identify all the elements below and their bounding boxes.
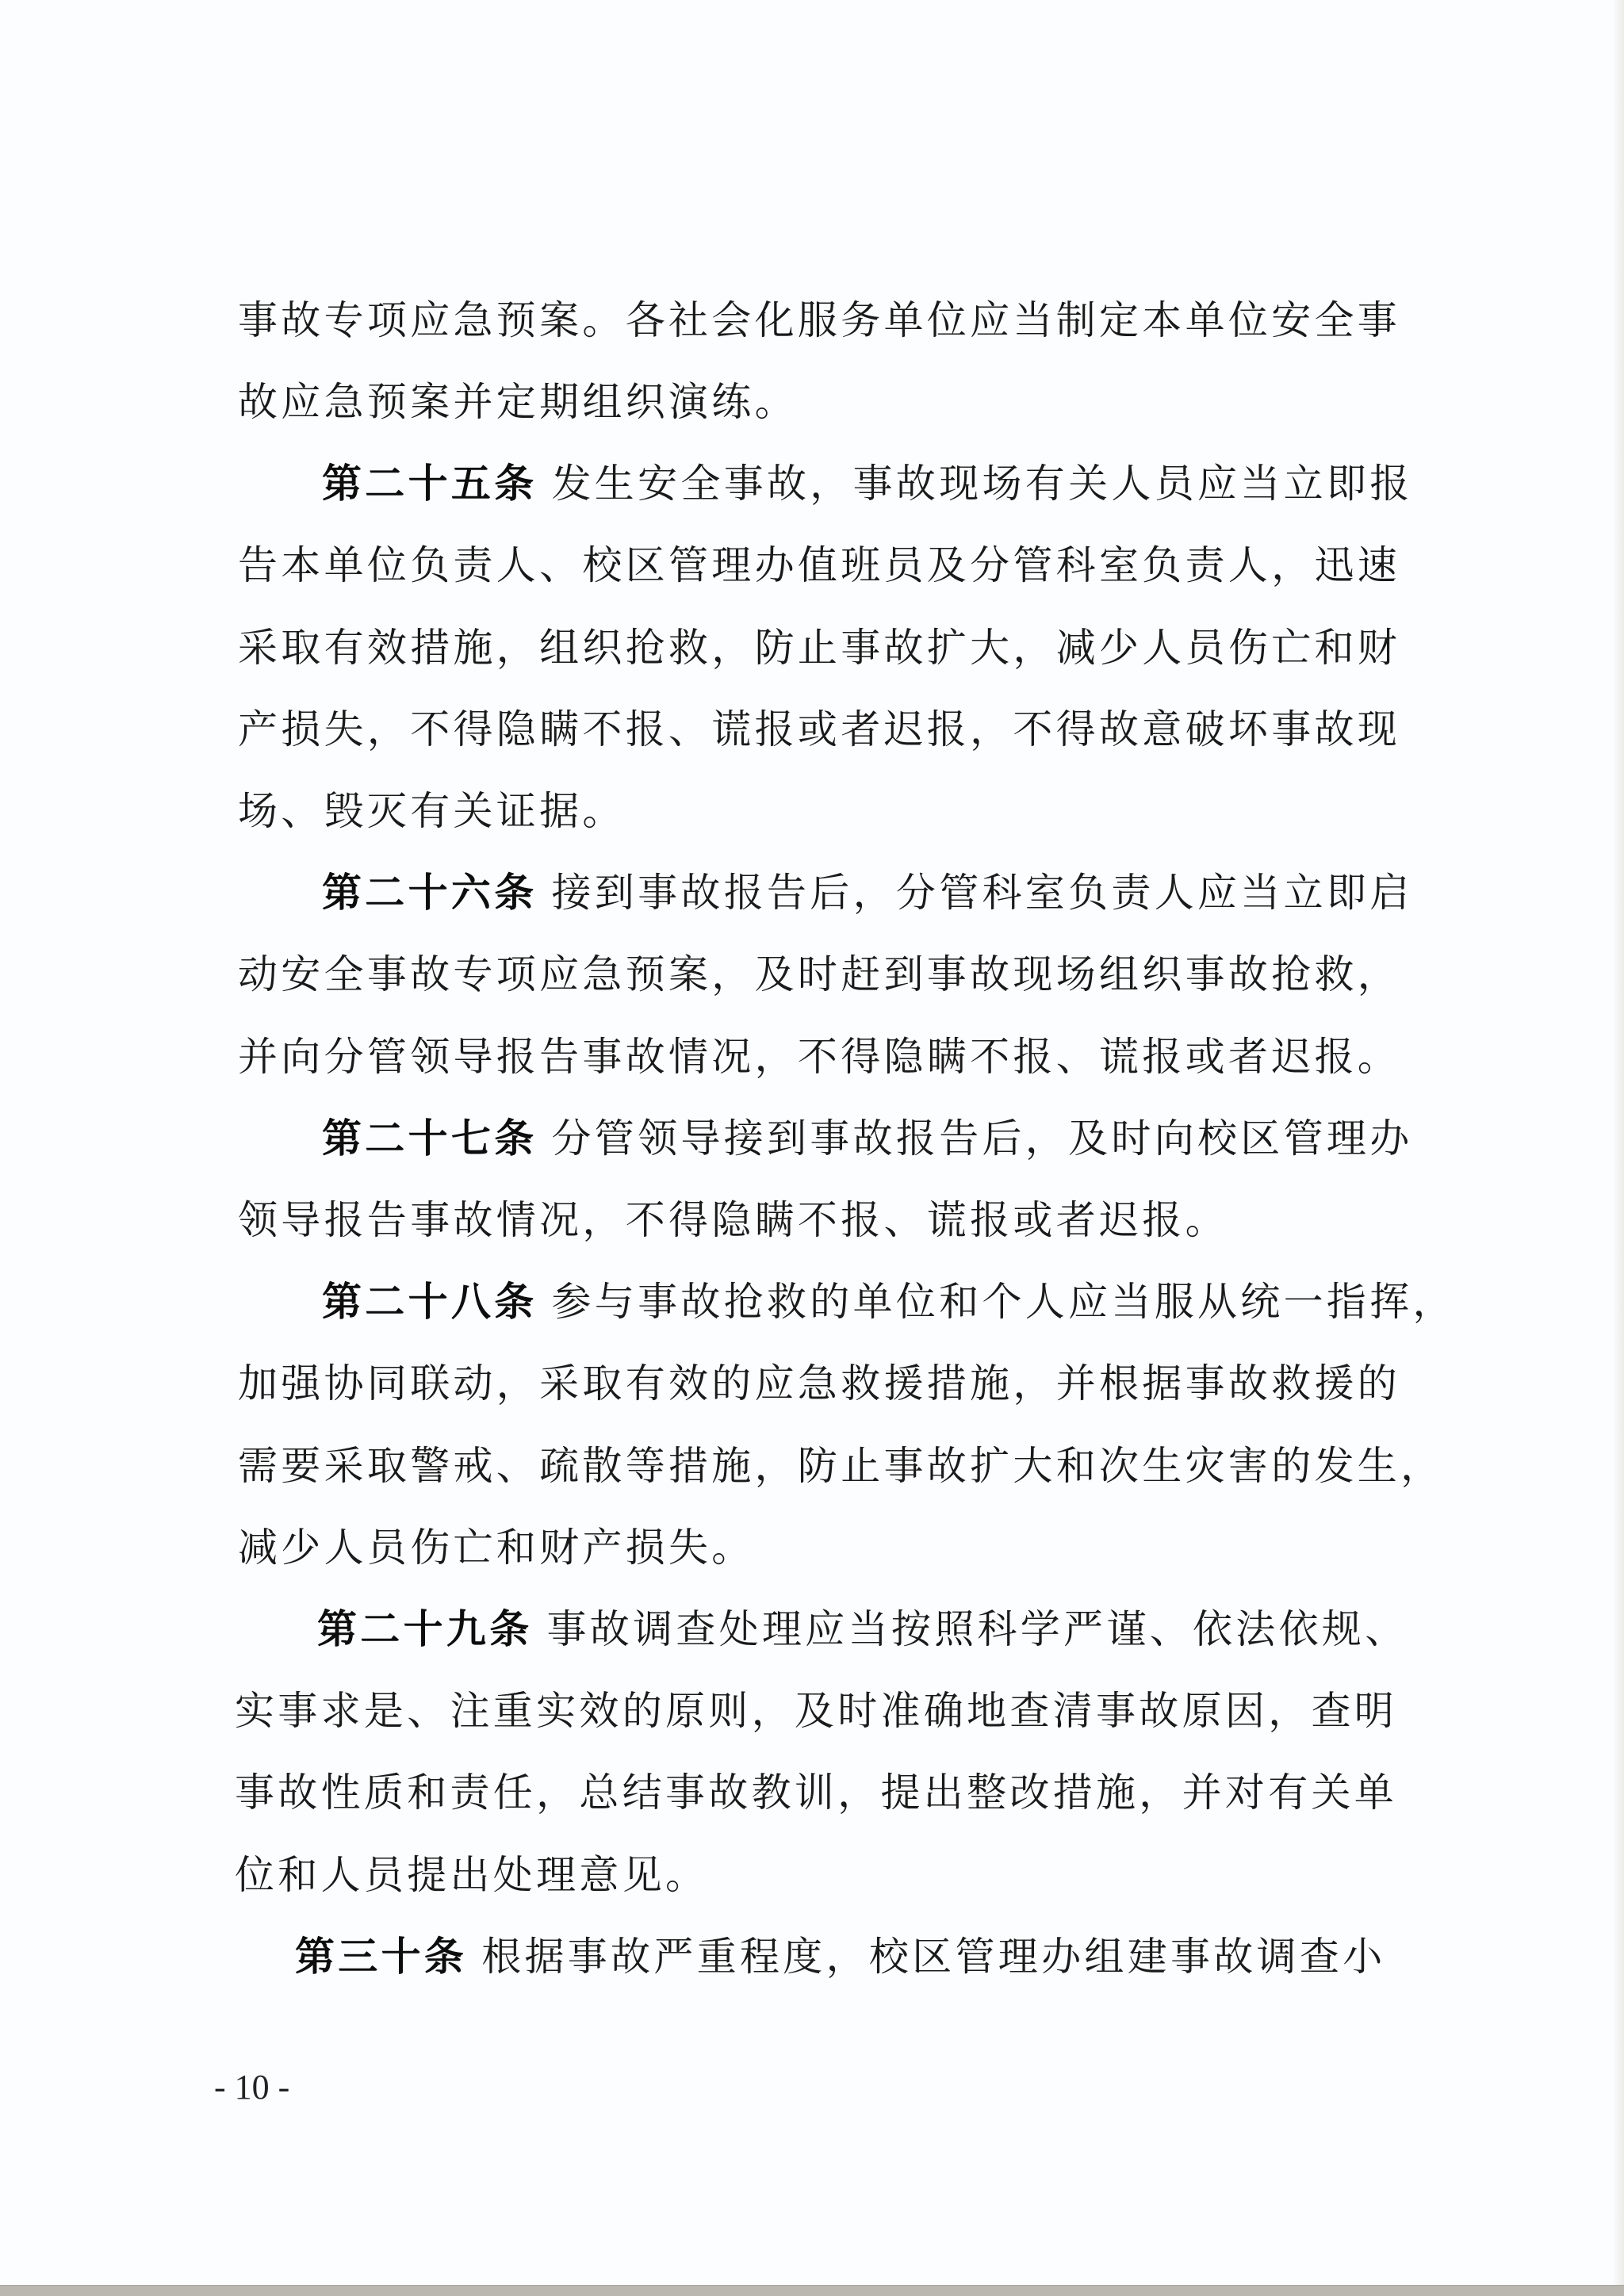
article-28-heading: 第二十八条 [322,1278,538,1325]
document-page: 事故专项应急预案。各社会化服务单位应当制定本单位安全事 故应急预案并定期组织演练… [0,0,1624,2285]
body-line: 采取有效措施，组织抢救，防止事故扩大，减少人员伤亡和财 [238,624,1400,672]
scan-edge-right [1613,0,1624,2285]
body-line: 事故性质和责任，总结事故教训，提出整改措施，并对有关单 [235,1769,1397,1816]
line-text: 接到事故报告后，分管科室负责人应当立即启 [552,870,1413,916]
line-text: 加强协同联动，采取有效的应急救援措施，并根据事故救援的 [238,1360,1400,1406]
line-text: 事故专项应急预案。各社会化服务单位应当制定本单位安全事 [238,297,1400,343]
scan-bottom-edge [0,2285,1624,2296]
line-text: 场、毁灭有关证据。 [238,788,626,834]
body-line: 实事求是、注重实效的原则，及时准确地查清事故原因，查明 [235,1687,1397,1735]
body-line: 场、毁灭有关证据。 [238,787,626,835]
body-line: 减少人员伤亡和财产损失。 [238,1524,755,1571]
body-line: 事故专项应急预案。各社会化服务单位应当制定本单位安全事 [238,297,1400,344]
line-text: 减少人员伤亡和财产损失。 [238,1525,755,1571]
body-line: 产损失，不得隐瞒不报、谎报或者迟报，不得故意破坏事故现 [238,706,1400,753]
article-25-first-line: 第二十五条发生安全事故，事故现场有关人员应当立即报 [322,460,1413,507]
body-line: 动安全事故专项应急预案，及时赶到事故现场组织事故抢救， [238,951,1400,998]
article-26-heading: 第二十六条 [322,869,538,916]
line-text: 事故调查处理应当按照科学严谨、依法依规、 [547,1606,1408,1652]
body-line: 需要采取警戒、疏散等措施，防止事故扩大和次生灾害的发生， [238,1442,1443,1490]
article-29-heading: 第二十九条 [317,1605,533,1652]
line-text: 位和人员提出处理意见。 [235,1852,708,1898]
article-26-first-line: 第二十六条接到事故报告后，分管科室负责人应当立即启 [322,869,1413,916]
line-text: 参与事故抢救的单位和个人应当服从统一指挥， [552,1279,1456,1325]
line-text: 并向分管领导报告事故情况，不得隐瞒不报、谎报或者迟报。 [238,1034,1400,1080]
line-text: 领导报告事故情况，不得隐瞒不报、谎报或者迟报。 [238,1197,1228,1243]
article-25-heading: 第二十五条 [322,460,538,507]
line-text: 根据事故严重程度，校区管理办组建事故调查小 [481,1934,1385,1980]
body-line: 领导报告事故情况，不得隐瞒不报、谎报或者迟报。 [238,1196,1228,1244]
line-text: 实事求是、注重实效的原则，及时准确地查清事故原因，查明 [235,1688,1397,1734]
body-line: 加强协同联动，采取有效的应急救援措施，并根据事故救援的 [238,1360,1400,1407]
article-27-first-line: 第二十七条分管领导接到事故报告后，及时向校区管理办 [322,1115,1413,1162]
line-text: 事故性质和责任，总结事故教训，提出整改措施，并对有关单 [235,1770,1397,1816]
body-line: 告本单位负责人、校区管理办值班员及分管科室负责人，迅速 [238,541,1400,589]
article-30-first-line: 第三十条根据事故严重程度，校区管理办组建事故调查小 [295,1933,1386,1980]
line-text: 产损失，不得隐瞒不报、谎报或者迟报，不得故意破坏事故现 [238,706,1400,752]
line-text: 分管领导接到事故报告后，及时向校区管理办 [552,1115,1413,1161]
line-text: 发生安全事故，事故现场有关人员应当立即报 [552,461,1413,507]
page-number: - 10 - [214,2068,289,2107]
line-text: 动安全事故专项应急预案，及时赶到事故现场组织事故抢救， [238,951,1400,997]
article-29-first-line: 第二十九条事故调查处理应当按照科学严谨、依法依规、 [317,1605,1408,1653]
line-text: 故应急预案并定期组织演练。 [238,379,798,425]
line-text: 告本单位负责人、校区管理办值班员及分管科室负责人，迅速 [238,542,1400,588]
article-27-heading: 第二十七条 [322,1115,538,1161]
line-text: 采取有效措施，组织抢救，防止事故扩大，减少人员伤亡和财 [238,625,1400,671]
article-30-heading: 第三十条 [295,1933,467,1980]
line-text: 需要采取警戒、疏散等措施，防止事故扩大和次生灾害的发生， [238,1443,1443,1489]
article-28-first-line: 第二十八条参与事故抢救的单位和个人应当服从统一指挥， [322,1278,1456,1326]
body-line: 位和人员提出处理意见。 [235,1851,708,1899]
body-line: 故应急预案并定期组织演练。 [238,378,798,426]
body-line: 并向分管领导报告事故情况，不得隐瞒不报、谎报或者迟报。 [238,1033,1400,1081]
